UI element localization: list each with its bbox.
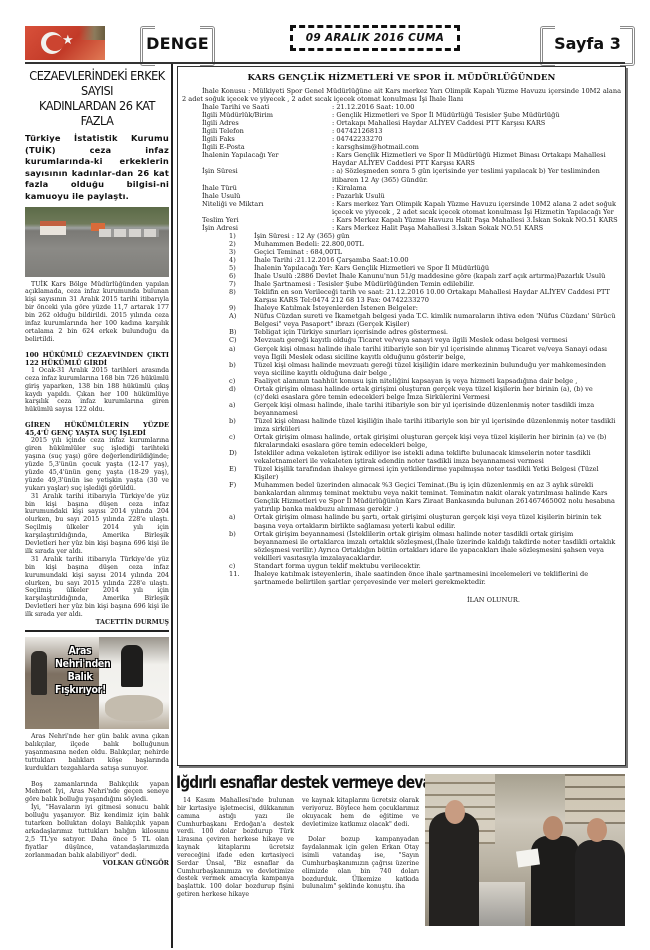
list-item: 11.İhaleye katılmak isteyenlerin, ihale … (182, 570, 621, 586)
igdir-story-headline: Iğdırlı esnaflar destek vermeye devam ed… (176, 773, 404, 793)
list-item-number: A) (182, 312, 254, 328)
paragraph: 1 Ocak-31 Aralık 2015 tarihleri arasında… (25, 367, 169, 414)
list-item-text: İşin Süresi : 12 Ay (365) gün (254, 232, 621, 240)
person-figure (429, 812, 479, 926)
field-value: : 04742233270 (332, 135, 621, 143)
list-item: A)Nüfus Cüzdan sureti ve İkametgah belge… (182, 312, 621, 328)
list-item-text: Ortak girişim olması halinde, ortak giri… (254, 433, 621, 449)
list-item: a)Ortak girişim olması halinde bu şartı,… (182, 513, 621, 529)
announcement-items: 1)İşin Süresi : 12 Ay (365) gün2)Muhamme… (182, 232, 621, 586)
list-item-text: İstekliler adına vekaleten iştirak edili… (254, 449, 621, 465)
person-head (445, 800, 465, 824)
paper-name: DENGE (146, 34, 209, 53)
shelf-shape (565, 774, 625, 824)
list-item-number: b) (182, 361, 254, 377)
caption-line: Balık (55, 671, 105, 684)
list-item-number: 9) (182, 304, 254, 312)
list-item: c)Faaliyet alanının taahhüt konusu işin … (182, 377, 621, 385)
list-item-number: B) (182, 328, 254, 336)
fisherman-figure (121, 645, 143, 687)
person-head (543, 816, 563, 840)
list-item: a)Gerçek kişi olması halinde ihale tarih… (182, 345, 621, 361)
field-row: İlgili Müdürlük/Birim: Gençlik Hizmetler… (182, 111, 621, 119)
field-value: : Kiralama (332, 184, 621, 192)
list-item-number: E) (182, 465, 254, 481)
list-item-text: Gerçek kişi olması halinde ihale tarihi … (254, 345, 621, 361)
list-item-text: Standart forma uygun teklif mektubu veri… (254, 562, 621, 570)
story-column-2: ve kaynak kitaplarını ücretsiz olarak ve… (302, 797, 419, 899)
field-value: : Kars Gençlik Hizmetleri ve Spor İl Müd… (332, 151, 621, 167)
list-item-text: Tebligat için Türkiye sınırları içerisin… (254, 328, 621, 336)
field-label: İhalenin Yapılacağı Yer (182, 151, 332, 167)
field-label: İhale Türü (182, 184, 332, 192)
date-box: 09 ARALIK 2016 CUMA (290, 25, 460, 51)
list-item-number: b) (182, 417, 254, 433)
list-item: 4)İhale Tarihi :21.12.2016 Çarşamba Saat… (182, 256, 621, 264)
field-row: İhale Tarihi ve Saati: 21.12.2016 Saat: … (182, 103, 621, 111)
list-item-text: Muhammen bedel üzerinden alınacak %3 Geç… (254, 481, 621, 513)
list-item: b)Tüzel kişi olması halinde tüzel kişili… (182, 417, 621, 433)
field-value: : Kars Merkez Kapalı Yüzme Havuzu Halit … (332, 216, 621, 224)
page-number-box: Sayfa 3 (540, 26, 635, 60)
fish-catch-shape (105, 695, 163, 721)
field-value: : Pazarlık Usulü (332, 192, 621, 200)
building-shape (40, 221, 66, 235)
field-row: İhale Türü: Kiralama (182, 184, 621, 192)
list-item-number: 3) (182, 248, 254, 256)
story-divider (25, 630, 169, 632)
field-value: : Kars merkez Yarı Olimpik Kapalı Yüzme … (332, 200, 621, 216)
masthead: ★ DENGE 09 ARALIK 2016 CUMA Sayfa 3 (0, 0, 650, 64)
cars-shape (99, 229, 159, 237)
field-label: Teslim Yeri (182, 216, 332, 224)
field-label: İlgili Müdürlük/Birim (182, 111, 332, 119)
headline-line-1: CEZAEVLERİNDEKİ ERKEK SAYISI (25, 68, 169, 98)
list-item: D)İstekliler adına vekaleten iştirak edi… (182, 449, 621, 465)
paragraph: Boş zamanlarında Balıkçılık yapan Mehmet… (25, 781, 169, 805)
list-item: a)Gerçek kişi olması halinde, ihale tari… (182, 401, 621, 417)
paragraph: Aras Nehri'nde her gün balık avına çıkan… (25, 733, 169, 773)
list-item-number: 6) (182, 272, 254, 280)
field-value: : Kars Merkez Halit Paşa Mahallesi 3.İsk… (332, 224, 621, 232)
issue-date: 09 ARALIK 2016 CUMA (306, 32, 444, 44)
list-item-text: Muhammen Bedeli: 22.800,00TL (254, 240, 621, 248)
person-figure (575, 840, 625, 926)
list-item-text: Ortak girişim olması halinde ortak giriş… (254, 385, 621, 401)
list-item: E)Tüzel kişilik tarafından ihaleye girme… (182, 465, 621, 481)
field-row: İlgili Telefon: 04742126813 (182, 127, 621, 135)
list-item-number: 5) (182, 264, 254, 272)
list-item-number: c) (182, 433, 254, 449)
list-item-text: Tüzel kişi olması halinde mevzuatı gereğ… (254, 361, 621, 377)
list-item-text: İhalenin Yapılacağı Yer: Kars Gençlik Hi… (254, 264, 621, 272)
list-item-text: Tüzel kişilik tarafından ihaleye girmesi… (254, 465, 621, 481)
list-item: C)Mevzuatı gereği kayıtlı olduğu Ticaret… (182, 336, 621, 344)
caption-line: Fışkırıyor! (55, 684, 105, 697)
photo-right-half (99, 637, 169, 729)
field-label: Niteliği ve Miktarı (182, 200, 332, 216)
story-column-1: 14 Kasım Mahallesi'nde bulunan bir kırta… (177, 797, 294, 899)
field-value: : Ortakapı Mahallesi Haydar ALİYEV Cadde… (332, 119, 621, 127)
list-item: c) Standart forma uygun teklif mektubu v… (182, 562, 621, 570)
list-item-number: 4) (182, 256, 254, 264)
list-item-number: a) (182, 513, 254, 529)
list-item-text: İhale Şartnamesi : Tesisler Şube Müdürlü… (254, 280, 621, 288)
list-item: 6)İhale Usulü :2886 Devlet İhale Kanunu'… (182, 272, 621, 280)
field-value: : 21.12.2016 Saat: 10.00 (332, 103, 621, 111)
list-item-text: Tüzel kişi olması halinde tüzel kişiliği… (254, 417, 621, 433)
paragraph: ve kaynak kitaplarını ücretsiz olarak ve… (302, 797, 419, 828)
prison-story-headline: CEZAEVLERİNDEKİ ERKEK SAYISI KADINLARDAN… (25, 68, 169, 128)
field-row: İhale Usulü: Pazarlık Usulü (182, 192, 621, 200)
closing-line: İLAN OLUNUR. (182, 596, 621, 604)
field-row: İlgili Faks: 04742233270 (182, 135, 621, 143)
list-item-number: a) (182, 345, 254, 361)
paper-document (516, 849, 540, 868)
announcement-title: KARS GENÇLİK HİZMETLERİ VE SPOR İL MÜDÜR… (182, 72, 621, 84)
parking-lot-photo (25, 207, 169, 277)
list-item-text: Ortak girişim beyannamesi (İsteklilerin … (254, 530, 621, 562)
paragraph: 31 Aralık tarihi itibarıyla Türkiye'de y… (25, 493, 169, 556)
prison-story: CEZAEVLERİNDEKİ ERKEK SAYISI KADINLARDAN… (25, 68, 169, 632)
list-item: B)Tebligat için Türkiye sınırları içeris… (182, 328, 621, 336)
author-byline: VOLKAN GÜNGÖR (25, 860, 169, 868)
list-item: 1)İşin Süresi : 12 Ay (365) gün (182, 232, 621, 240)
list-item-text: Ortak girişim olması halinde bu şartı, o… (254, 513, 621, 529)
field-row: Niteliği ve Miktarı: Kars merkez Yarı Ol… (182, 200, 621, 216)
caption-line: Aras (55, 645, 105, 658)
person-figure (531, 836, 579, 926)
list-item: b)Ortak girişim beyannamesi (İsteklileri… (182, 530, 621, 562)
paper-name-box: DENGE (140, 26, 215, 60)
paragraph: 14 Kasım Mahallesi'nde bulunan bir kırta… (177, 797, 294, 899)
list-item-text: İhale Usulü :2886 Devlet İhale Kanunu'nu… (254, 272, 621, 280)
field-label: İşin Süresi (182, 167, 332, 183)
list-item: 8)Teklifin en son Verileceği tarih ve sa… (182, 288, 621, 304)
left-column: CEZAEVLERİNDEKİ ERKEK SAYISI KADINLARDAN… (25, 64, 169, 948)
list-item-text: İhale Tarihi :21.12.2016 Çarşamba Saat:1… (254, 256, 621, 264)
list-item-text: Nüfus Cüzdan sureti ve İkametgah belgesi… (254, 312, 621, 328)
list-item-number: 2) (182, 240, 254, 248)
announcement-fields: İhale Tarihi ve Saati: 21.12.2016 Saat: … (182, 103, 621, 232)
igdir-story-body: 14 Kasım Mahallesi'nde bulunan bir kırta… (177, 797, 419, 899)
field-row: İşin Adresi: Kars Merkez Halit Paşa Maha… (182, 224, 621, 232)
crescent-icon (41, 32, 63, 54)
field-label: İşin Adresi (182, 224, 332, 232)
stationery-shop-photo (425, 774, 625, 926)
tender-announcement: KARS GENÇLİK HİZMETLERİ VE SPOR İL MÜDÜR… (177, 66, 626, 766)
headline-line-2: KADINLARDAN 26 KAT FAZLA (25, 98, 169, 128)
fish-story-body: Aras Nehri'nde her gün balık avına çıkan… (25, 733, 169, 868)
list-item: 5)İhalenin Yapılacağı Yer: Kars Gençlik … (182, 264, 621, 272)
field-row: İhalenin Yapılacağı Yer: Kars Gençlik Hi… (182, 151, 621, 167)
person-head (587, 818, 607, 842)
list-item-text: İhaleye katılmak isteyenlerin, ihale saa… (254, 570, 621, 586)
list-item-number: D) (182, 449, 254, 465)
tree-background (79, 26, 105, 40)
list-item-text: Mevzuatı gereği kayıtlı olduğu Ticaret v… (254, 336, 621, 344)
prison-story-body: TUİK Kars Bölge Müdürlüğünden yapılan aç… (25, 281, 169, 627)
turkish-flag-image: ★ (25, 26, 105, 60)
list-item: F)Muhammen bedel üzerinden alınacak %3 G… (182, 481, 621, 513)
field-row: Teslim Yeri: Kars Merkez Kapalı Yüzme Ha… (182, 216, 621, 224)
prison-story-lead: Türkiye İstatistik Kurumu (TUİK) ceza in… (25, 133, 169, 203)
paragraph: Dolar bozup kampanyadan faydalanmak için… (302, 836, 419, 891)
field-row: İlgili Adres: Ortakapı Mahallesi Haydar … (182, 119, 621, 127)
subheading: 100 HÜKÜMLÜ CEZAEVİNDEN ÇIKTI 122 HÜKÜML… (25, 351, 169, 367)
list-item: 3)Geçici Teminat : 684,00TL (182, 248, 621, 256)
subheading: GİREN HÜKÜMLÜLERİN YÜZDE 45,4'Ü GENÇ YAŞ… (25, 421, 169, 437)
paragraph: TUİK Kars Bölge Müdürlüğünden yapılan aç… (25, 281, 169, 344)
paragraph: 2015 yılı içinde ceza infaz kurumlarına … (25, 437, 169, 492)
list-item-number: c) (182, 377, 254, 385)
list-item: d)Ortak girişim olması halinde ortak gir… (182, 385, 621, 401)
caption-line: Nehri'nden (55, 658, 105, 671)
announcement-intro: İhale Konusu : Mülkiyeti Spor Genel Müdü… (182, 87, 621, 103)
list-item-number: 7) (182, 280, 254, 288)
list-item: b)Tüzel kişi olması halinde mevzuatı ger… (182, 361, 621, 377)
fisherman-figure (31, 651, 47, 695)
list-item-number: b) (182, 530, 254, 562)
list-item-number: C) (182, 336, 254, 344)
list-item-text: Teklifin en son Verileceği tarih ve saat… (254, 288, 621, 304)
list-item-number: 1) (182, 232, 254, 240)
author-byline: TACETTİN DURMUŞ (25, 619, 169, 627)
field-label: İhale Tarihi ve Saati (182, 103, 332, 111)
list-item-number: c) (182, 562, 254, 570)
list-item-number: d) (182, 385, 254, 401)
list-item-number: 11. (182, 570, 254, 586)
list-item-text: Faaliyet alanının taahhüt konusu işin ni… (254, 377, 621, 385)
paragraph: 31 Aralık tarihi itibarıyla Türkiye'de y… (25, 556, 169, 619)
fish-story: Aras Nehri'nden Balık Fışkırıyor! Aras N… (25, 637, 169, 868)
fishermen-photo: Aras Nehri'nden Balık Fışkırıyor! (25, 637, 169, 729)
list-item-number: 8) (182, 288, 254, 304)
list-item-number: F) (182, 481, 254, 513)
field-value: : a) Sözleşmeden sonra 5 gün içerisinde … (332, 167, 621, 183)
list-item-number: a) (182, 401, 254, 417)
column-divider (171, 64, 173, 948)
page-number: Sayfa 3 (554, 34, 621, 53)
field-label: İhale Usulü (182, 192, 332, 200)
list-item-text: Geçici Teminat : 684,00TL (254, 248, 621, 256)
list-item: 7)İhale Şartnamesi : Tesisler Şube Müdür… (182, 280, 621, 288)
star-icon: ★ (62, 34, 74, 47)
list-item-text: Gerçek kişi olması halinde, ihale tarihi… (254, 401, 621, 417)
paragraph: İyi, "Havaların iyi gitmesi sonucu balık… (25, 804, 169, 859)
field-value: : Gençlik Hizmetleri ve Spor İl Müdürlüğ… (332, 111, 621, 119)
field-value: : 04742126813 (332, 127, 621, 135)
list-item: 2)Muhammen Bedeli: 22.800,00TL (182, 240, 621, 248)
photo-caption: Aras Nehri'nden Balık Fışkırıyor! (55, 645, 105, 697)
field-row: İşin Süresi: a) Sözleşmeden sonra 5 gün … (182, 167, 621, 183)
list-item: c)Ortak girişim olması halinde, ortak gi… (182, 433, 621, 449)
